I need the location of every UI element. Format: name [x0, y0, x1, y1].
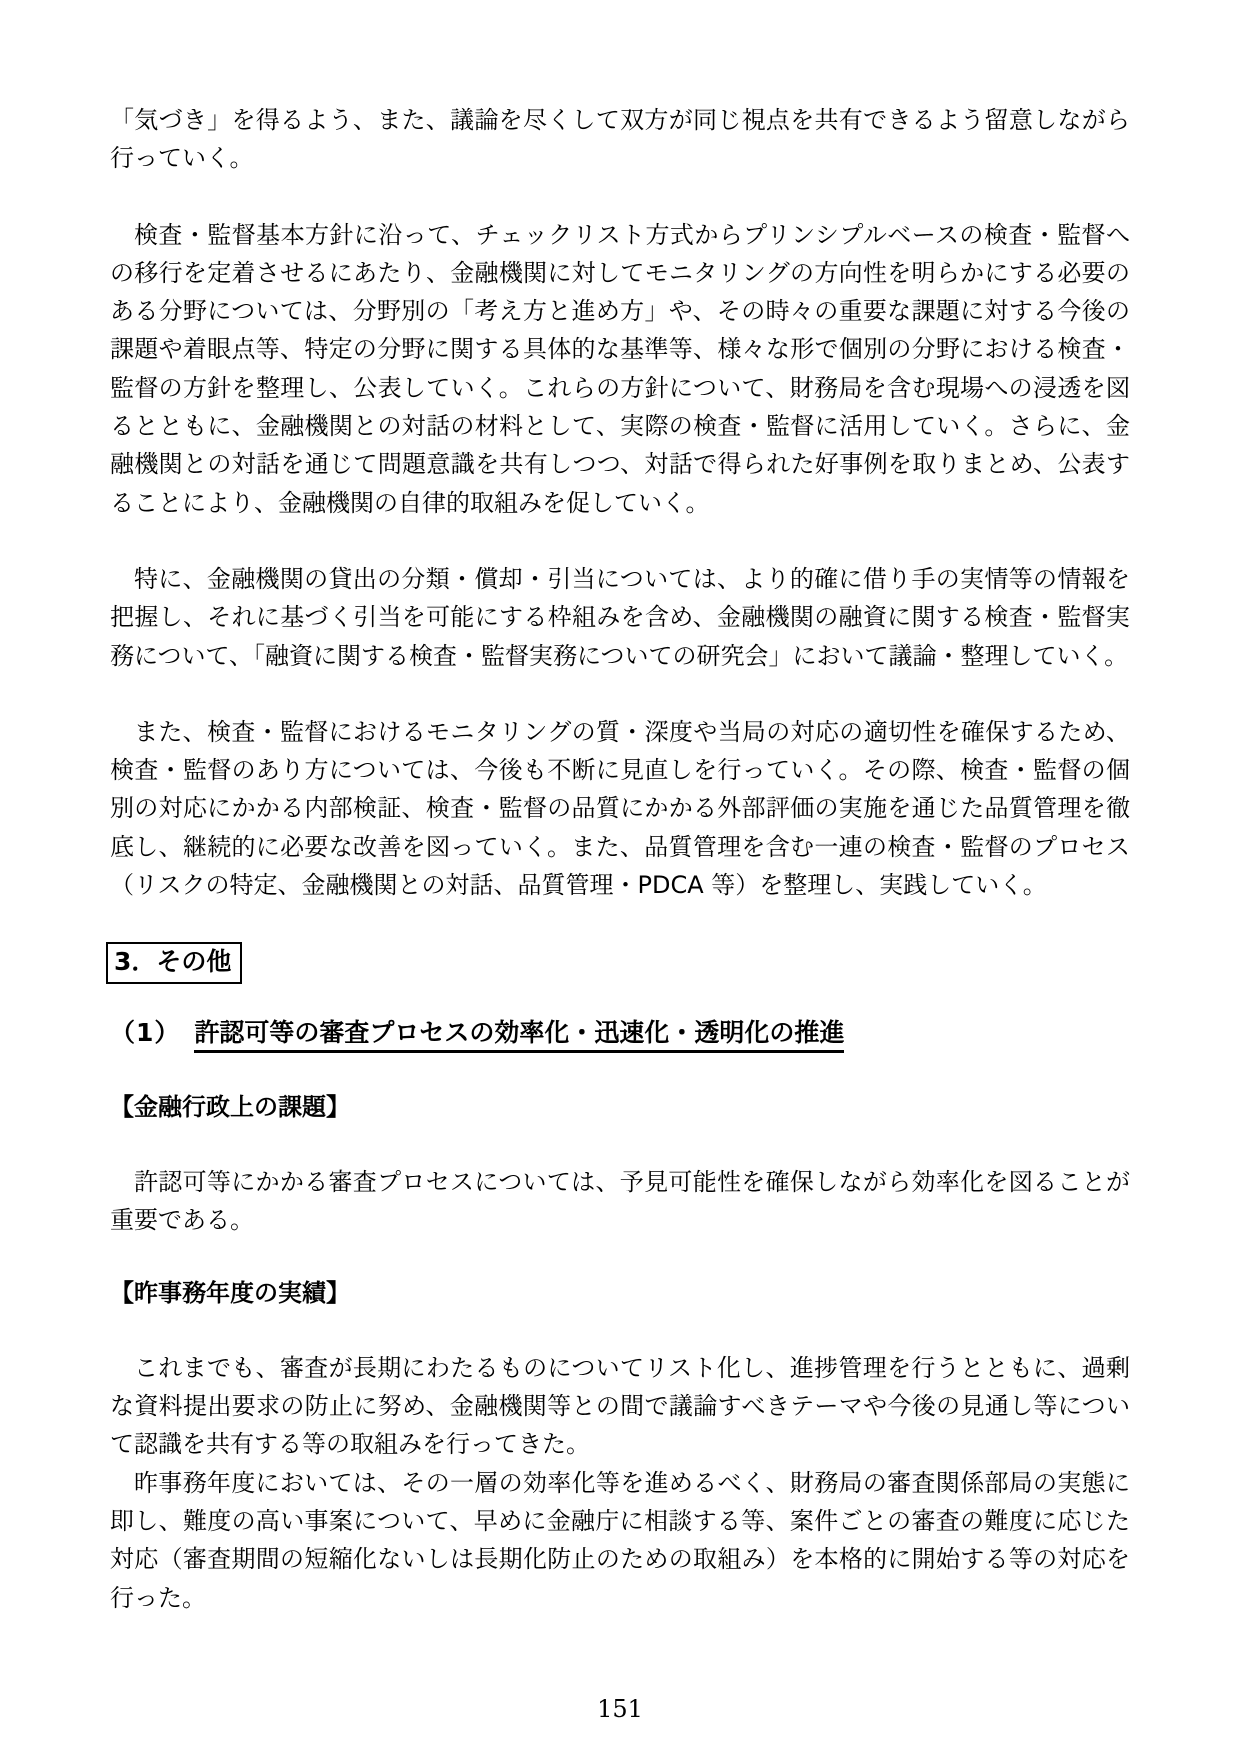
paragraph-results-progress-management: これまでも、審査が長期にわたるものについてリスト化し、進捗管理を行うとともに、過… [110, 1349, 1130, 1464]
heading-last-program-year-results: 【昨事務年度の実績】 [110, 1278, 1130, 1309]
paragraph-approval-review-process: 許認可等にかかる審査プロセスについては、予見可能性を確保しながら効率化を図ること… [110, 1163, 1130, 1240]
heading-financial-administration-challenges: 【金融行政上の課題】 [110, 1092, 1130, 1123]
subsection-heading-approval-process: （1）許認可等の審査プロセスの効率化・迅速化・透明化の推進 [110, 1017, 1130, 1050]
page-footer: 151 [0, 1695, 1240, 1723]
section-heading-others: 3．その他 [106, 942, 242, 984]
paragraph-monitoring-quality-management: また、検査・監督におけるモニタリングの質・深度や当局の対応の適切性を確保するため… [110, 713, 1130, 904]
paragraph-results-efficiency-measures: 昨事務年度においては、その一層の効率化等を進めるべく、財務局の審査関係部局の実態… [110, 1464, 1130, 1617]
subsection-title: 許認可等の審査プロセスの効率化・迅速化・透明化の推進 [194, 1018, 844, 1053]
paragraph-inspection-supervision-policy: 検査・監督基本方針に沿って、チェックリスト方式からプリンシプルベースの検査・監督… [110, 216, 1130, 522]
page-content: 「気づき」を得るよう、また、議論を尽くして双方が同じ視点を共有できるよう留意しな… [110, 101, 1130, 1655]
section-heading-row: 3．その他 [110, 942, 1130, 984]
paragraph-loan-classification-provisioning: 特に、金融機関の貸出の分類・償却・引当については、より的確に借り手の実情等の情報… [110, 560, 1130, 675]
paragraph-continued-from-previous-page: 「気づき」を得るよう、また、議論を尽くして双方が同じ視点を共有できるよう留意しな… [110, 101, 1130, 178]
subsection-number: （1） [110, 1018, 180, 1047]
results-paragraph-group: これまでも、審査が長期にわたるものについてリスト化し、進捗管理を行うとともに、過… [110, 1349, 1130, 1617]
page-number: 151 [597, 1695, 643, 1723]
